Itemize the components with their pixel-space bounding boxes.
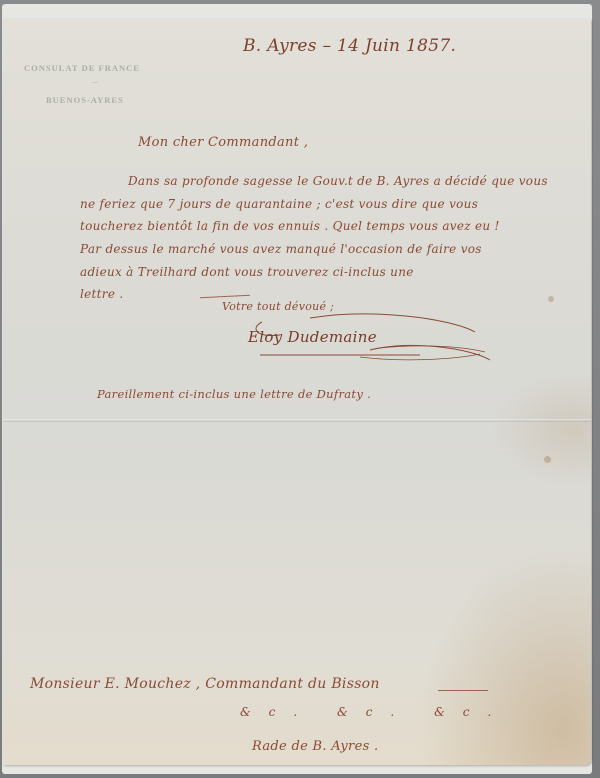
letterhead-separator: — [92,80,99,86]
letter-date: B. Ayres – 14 Juin 1857. [243,36,456,56]
letterhead-consulate: Consulat de France [24,63,140,73]
foxing-stain [544,456,551,463]
body-line-2: ne feriez que 7 jours de quarantaine ; c… [80,197,478,211]
body-line-4: Par dessus le marché vous avez manqué l'… [80,242,482,256]
salutation: Mon cher Commandant , [138,135,308,150]
recipient-location-line: Rade de B. Ayres . [252,739,378,754]
body-line-3: toucherez bientôt la fin de vos ennuis .… [80,219,500,233]
paper-fold-crease [3,419,591,422]
recipient-etc-line: &c. &c. &c. [240,705,509,719]
body-line-5: adieux à Treilhard dont vous trouverez c… [80,265,414,279]
body-line-1: Dans sa profonde sagesse le Gouv.t de B.… [128,174,548,188]
signature: Eloy Dudemaine [248,328,377,346]
letterhead-city: Buenos-Ayres [46,95,124,105]
body-line-6: lettre . [80,287,123,301]
postscript: Pareillement ci-inclus une lettre de Duf… [97,387,371,401]
recipient-name-line: Monsieur E. Mouchez , Commandant du Biss… [30,676,380,692]
ship-name-underline [438,690,488,691]
foxing-stain [548,296,554,302]
